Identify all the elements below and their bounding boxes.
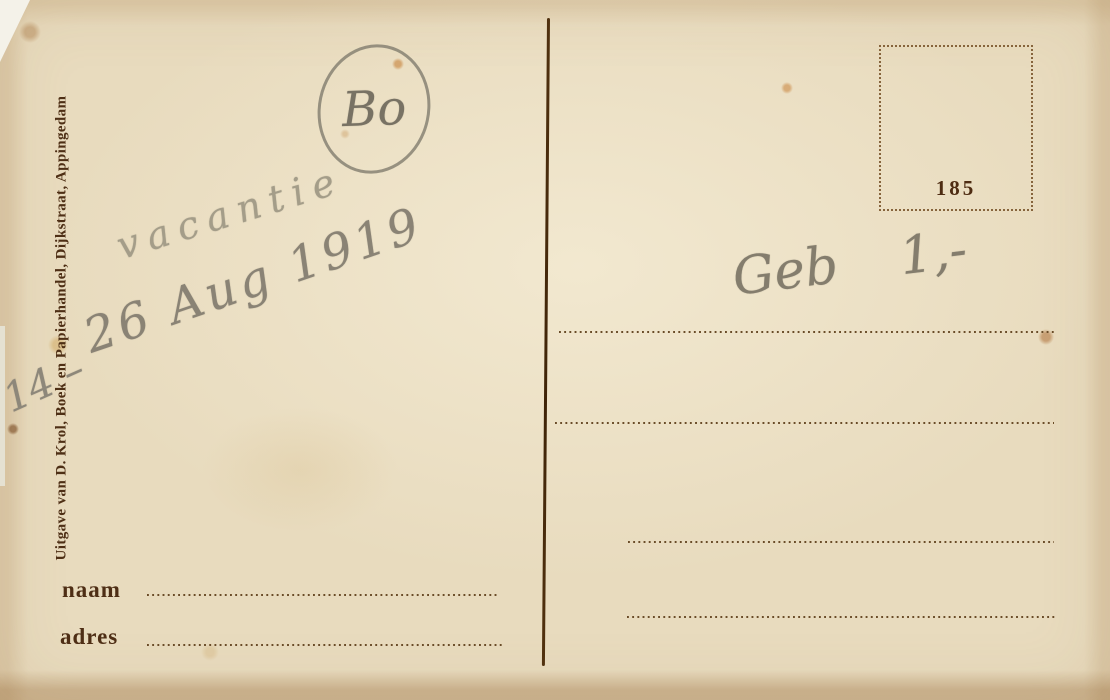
worn-corner (0, 0, 30, 62)
address-line-3 (628, 540, 1054, 543)
address-line-2 (555, 421, 1054, 424)
address-label: adres (60, 624, 118, 650)
postcard-back: Uitgave van D. Krol, Boek en Papierhande… (0, 0, 1110, 700)
publisher-imprint: Uitgave van D. Krol, Boek en Papierhande… (54, 96, 71, 561)
stamp-box: 185 (879, 45, 1033, 211)
name-label: naam (62, 577, 121, 603)
handwritten-price-note: Geb 1,- (729, 220, 970, 308)
scan-edge-sliver (0, 326, 5, 486)
name-dotted-line (147, 593, 497, 596)
handwritten-date-start: 14 – (0, 346, 92, 422)
stamp-box-number: 185 (881, 176, 1031, 201)
address-line-1 (559, 330, 1054, 333)
circled-mark-text: Bo (341, 80, 407, 138)
address-dotted-line (147, 643, 502, 646)
address-line-4 (627, 615, 1055, 618)
center-divider-line (542, 18, 550, 666)
